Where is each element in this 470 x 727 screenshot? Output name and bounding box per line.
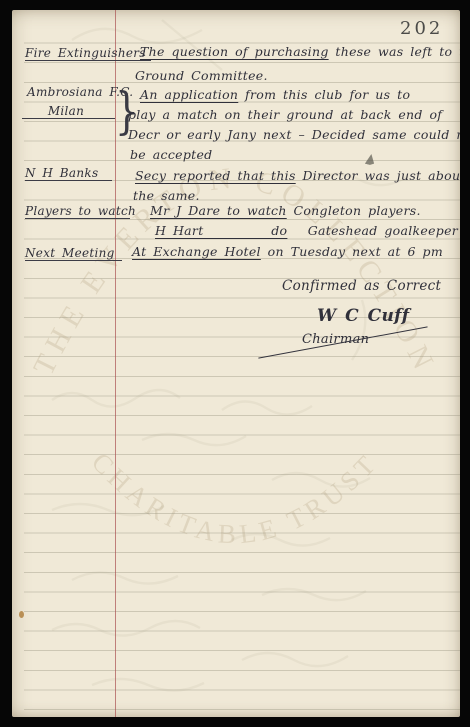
line-rest: from this club for us to (238, 87, 410, 102)
line-rest: on Tuesday next at 6 pm (261, 244, 443, 259)
entry-line: An application from this club for us to (140, 87, 410, 102)
scan-photo: { "page": { "number": "202" }, "watermar… (0, 0, 470, 727)
underlined-lead: An application (140, 87, 238, 102)
line-rest: these was left to the (329, 44, 460, 59)
confirmed-as-correct: Confirmed as Correct (282, 278, 441, 294)
underlined-lead: H Hart do (155, 223, 287, 238)
chairman-signature: W C Cuff (317, 306, 409, 326)
line-rest: Gateshead goalkeeper (287, 223, 458, 238)
entry-line: Ground Committee. (135, 68, 268, 83)
paper-stain (19, 611, 24, 618)
entry-line: the same. (133, 188, 200, 203)
margin-heading-players-to-watch: Players to watch (25, 204, 130, 219)
margin-heading-fire-extinguishers: Fire Extinguishers (25, 46, 151, 61)
entry-line: The question of purchasing these was lef… (140, 44, 460, 59)
entry-line: be accepted (130, 147, 212, 162)
line-rest: Director was just about (296, 168, 460, 183)
entry-line: At Exchange Hotel on Tuesday next at 6 p… (132, 244, 443, 259)
entry-line: Secy reported that this Director was jus… (135, 168, 460, 183)
underlined-lead: The question of purchasing (140, 44, 329, 59)
entry-line: H Hart do Gateshead goalkeeper (155, 223, 458, 238)
line-rest: Congleton players. (287, 203, 421, 218)
underlined-lead: Mr J Dare to watch (150, 203, 287, 218)
margin-heading-nh-banks: N H Banks (25, 166, 112, 181)
margin-heading-next-meeting: Next Meeting (25, 246, 122, 261)
minute-book-page: THE EVERTON COLLECTION CHARITABLE TRUST … (12, 10, 460, 717)
page-number: 202 (400, 18, 443, 39)
entry-line: Decr or early Jany next – Decided same c… (128, 127, 460, 142)
entry-line: play a match on their ground at back end… (128, 107, 442, 122)
margin-heading-milan: Milan (22, 104, 115, 119)
entry-line: Mr J Dare to watch Congleton players. (150, 203, 421, 218)
underlined-lead: Secy reported that this (135, 168, 296, 183)
underlined-lead: At Exchange Hotel (132, 244, 261, 259)
